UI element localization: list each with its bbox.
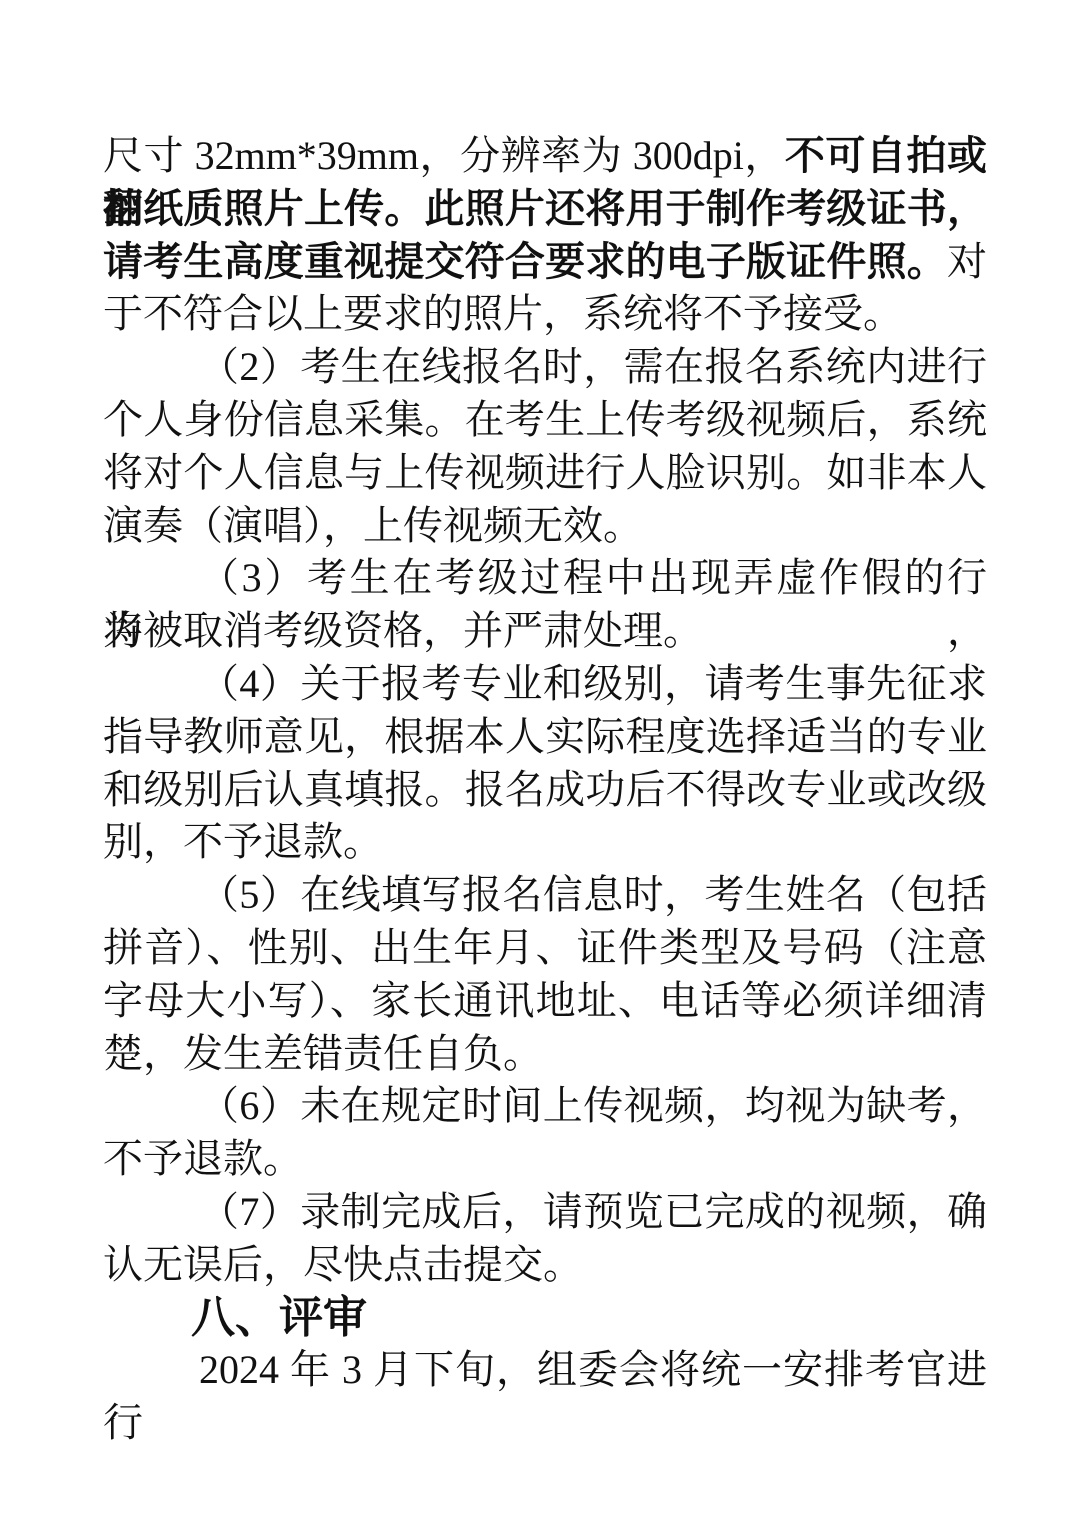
text-segment: 楚，发生差错责任自负。 xyxy=(103,1031,543,1076)
text-segment: 将被取消考级资格，并严肃处理。 xyxy=(103,608,703,653)
text-segment: 拼音）、性别、出生年月、证件类型及号码（注意 xyxy=(103,925,987,970)
text-segment: 和级别后认真填报。报名成功后不得改专业或改级 xyxy=(103,767,987,812)
text-segment: （2）考生在线报名时，需在报名系统内进行 xyxy=(199,344,987,389)
text-segment: 对 xyxy=(947,239,987,284)
section-heading: 八、评审 xyxy=(103,1292,987,1345)
text-line: 将对个人信息与上传视频进行人脸识别。如非本人 xyxy=(103,447,987,500)
text-line: 演奏（演唱），上传视频无效。 xyxy=(103,500,987,553)
text-line: （2）考生在线报名时，需在报名系统内进行 xyxy=(103,341,987,394)
text-segment: 于不符合以上要求的照片，系统将不予接受。 xyxy=(103,291,903,336)
text-segment: 尺寸 32mm*39mm，分辨率为 300dpi， xyxy=(103,133,785,178)
text-line: 和级别后认真填报。报名成功后不得改专业或改级 xyxy=(103,764,987,817)
bold-text-segment: 拍纸质照片上传。此照片还将用于制作考级证书， xyxy=(103,186,987,231)
text-segment: （5）在线填写报名信息时，考生姓名（包括 xyxy=(199,872,987,917)
document-page: 尺寸 32mm*39mm，分辨率为 300dpi，不可自拍或翻拍纸质照片上传。此… xyxy=(0,0,1080,1527)
text-segment: 2024 年 3 月下旬，组委会将统一安排考官进行 xyxy=(103,1347,987,1445)
text-line: 拍纸质照片上传。此照片还将用于制作考级证书， xyxy=(103,183,987,236)
text-segment: 别，不予退款。 xyxy=(103,819,383,864)
text-segment: 指导教师意见，根据本人实际程度选择适当的专业 xyxy=(103,714,987,759)
document-text-block: 尺寸 32mm*39mm，分辨率为 300dpi，不可自拍或翻拍纸质照片上传。此… xyxy=(103,130,987,1397)
text-segment: 不予退款。 xyxy=(103,1136,303,1181)
text-line: 楚，发生差错责任自负。 xyxy=(103,1028,987,1081)
text-line: 个人身份信息采集。在考生上传考级视频后，系统 xyxy=(103,394,987,447)
text-line: （7）录制完成后，请预览已完成的视频，确 xyxy=(103,1186,987,1239)
text-line: （4）关于报考专业和级别，请考生事先征求 xyxy=(103,658,987,711)
bold-text-segment: 请考生高度重视提交符合要求的电子版证件照。 xyxy=(103,239,947,284)
text-segment: 字母大小写）、家长通讯地址、电话等必须详细清 xyxy=(103,978,987,1023)
text-line: （6）未在规定时间上传视频，均视为缺考， xyxy=(103,1080,987,1133)
text-line: 尺寸 32mm*39mm，分辨率为 300dpi，不可自拍或翻 xyxy=(103,130,987,183)
text-segment: 个人身份信息采集。在考生上传考级视频后，系统 xyxy=(103,397,987,442)
text-line: 于不符合以上要求的照片，系统将不予接受。 xyxy=(103,288,987,341)
text-line: 2024 年 3 月下旬，组委会将统一安排考官进行 xyxy=(103,1344,987,1397)
bold-text-segment: 八、评审 xyxy=(191,1293,367,1342)
text-line: 不予退款。 xyxy=(103,1133,987,1186)
text-segment: （6）未在规定时间上传视频，均视为缺考， xyxy=(199,1083,987,1128)
text-segment: 演奏（演唱），上传视频无效。 xyxy=(103,503,643,548)
text-line: 请考生高度重视提交符合要求的电子版证件照。对 xyxy=(103,236,987,289)
text-segment: 认无误后，尽快点击提交。 xyxy=(103,1242,583,1287)
text-line: 认无误后，尽快点击提交。 xyxy=(103,1239,987,1292)
text-segment: 将对个人信息与上传视频进行人脸识别。如非本人 xyxy=(103,450,987,495)
text-line: 字母大小写）、家长通讯地址、电话等必须详细清 xyxy=(103,975,987,1028)
text-segment: （4）关于报考专业和级别，请考生事先征求 xyxy=(199,661,987,706)
text-line: 别，不予退款。 xyxy=(103,816,987,869)
text-line: 指导教师意见，根据本人实际程度选择适当的专业 xyxy=(103,711,987,764)
text-segment: （7）录制完成后，请预览已完成的视频，确 xyxy=(199,1189,987,1234)
text-line: 拼音）、性别、出生年月、证件类型及号码（注意 xyxy=(103,922,987,975)
text-line: （3）考生在考级过程中出现弄虚作假的行为， xyxy=(103,552,987,605)
text-line: （5）在线填写报名信息时，考生姓名（包括 xyxy=(103,869,987,922)
